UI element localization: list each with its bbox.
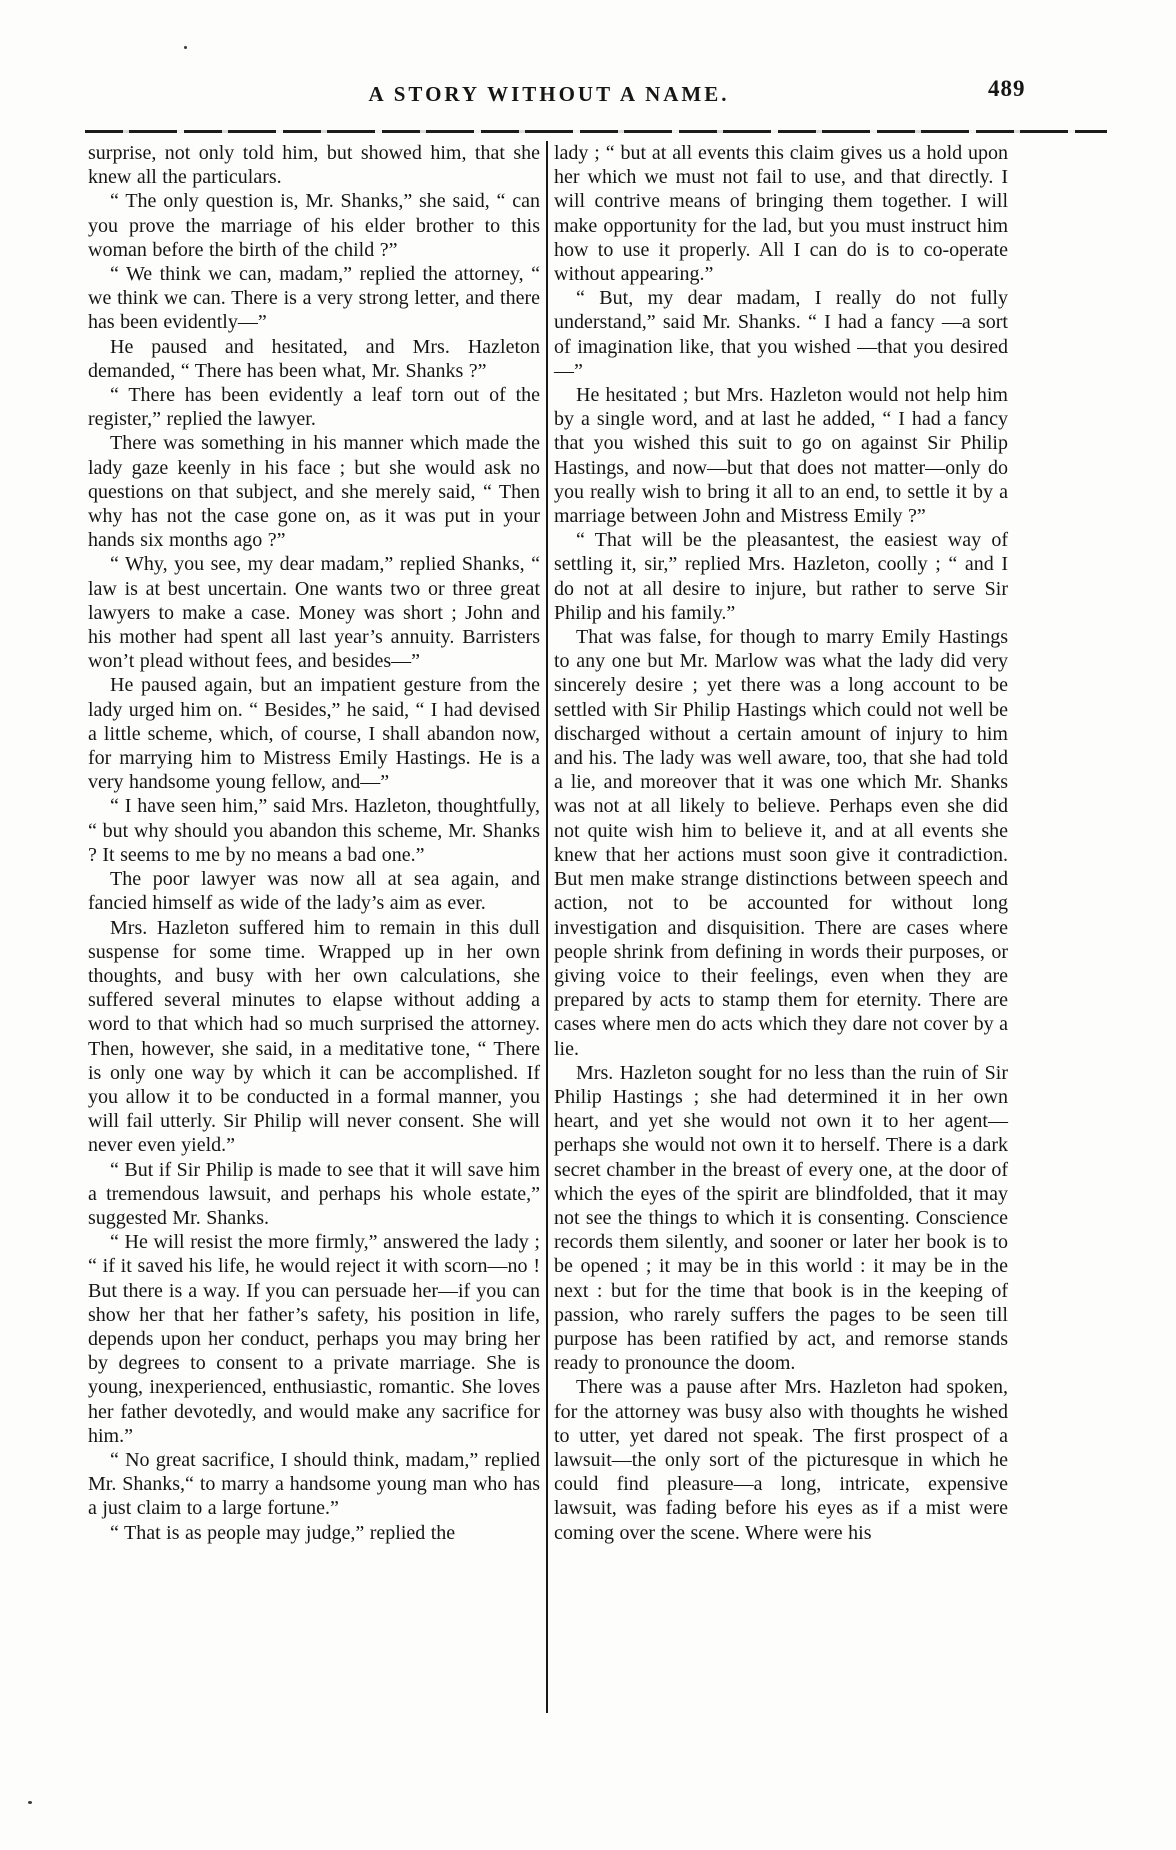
paragraph: Mrs. Hazleton suffered him to remain in … xyxy=(88,916,540,1158)
paragraph: There was something in his manner which … xyxy=(88,431,540,552)
column-divider xyxy=(546,141,548,1713)
paragraph: lady ; “ but at all events this claim gi… xyxy=(554,141,1008,286)
page-title: A STORY WITHOUT A NAME. xyxy=(88,82,1010,107)
paragraph: He hesitated ; but Mrs. Hazleton would n… xyxy=(554,383,1008,528)
paragraph: He paused again, but an impatient gestur… xyxy=(88,673,540,794)
paragraph: Mrs. Hazleton sought for no less than th… xyxy=(554,1061,1008,1376)
paragraph: “ That is as people may judge,” replied … xyxy=(88,1521,540,1545)
scanned-book-page: A STORY WITHOUT A NAME. 489 surprise, no… xyxy=(0,0,1176,1850)
header-rule xyxy=(85,130,1107,133)
paragraph: The poor lawyer was now all at sea again… xyxy=(88,867,540,915)
scan-speck xyxy=(184,46,187,49)
paragraph: “ No great sacrifice, I should think, ma… xyxy=(88,1448,540,1521)
paragraph: “ Why, you see, my dear madam,” replied … xyxy=(88,552,540,673)
paragraph: “ The only question is, Mr. Shanks,” she… xyxy=(88,189,540,262)
right-column: lady ; “ but at all events this claim gi… xyxy=(554,141,1008,1713)
paragraph: surprise, not only told him, but showed … xyxy=(88,141,540,189)
paragraph: “ That will be the pleasantest, the easi… xyxy=(554,528,1008,625)
paragraph: “ He will resist the more firmly,” answe… xyxy=(88,1230,540,1448)
paragraph: “ But, my dear madam, I really do not fu… xyxy=(554,286,1008,383)
paragraph: He paused and hesitated, and Mrs. Hazlet… xyxy=(88,335,540,383)
scan-speck xyxy=(28,1801,32,1804)
text-columns: surprise, not only told him, but showed … xyxy=(88,141,1010,1713)
left-column: surprise, not only told him, but showed … xyxy=(88,141,540,1713)
paragraph: “ There has been evidently a leaf torn o… xyxy=(88,383,540,431)
paragraph: There was a pause after Mrs. Hazleton ha… xyxy=(554,1375,1008,1544)
paragraph: That was false, for though to marry Emil… xyxy=(554,625,1008,1061)
paragraph: “ I have seen him,” said Mrs. Hazleton, … xyxy=(88,794,540,867)
paragraph: “ We think we can, madam,” replied the a… xyxy=(88,262,540,335)
page-number: 489 xyxy=(988,76,1026,102)
paragraph: “ But if Sir Philip is made to see that … xyxy=(88,1158,540,1231)
